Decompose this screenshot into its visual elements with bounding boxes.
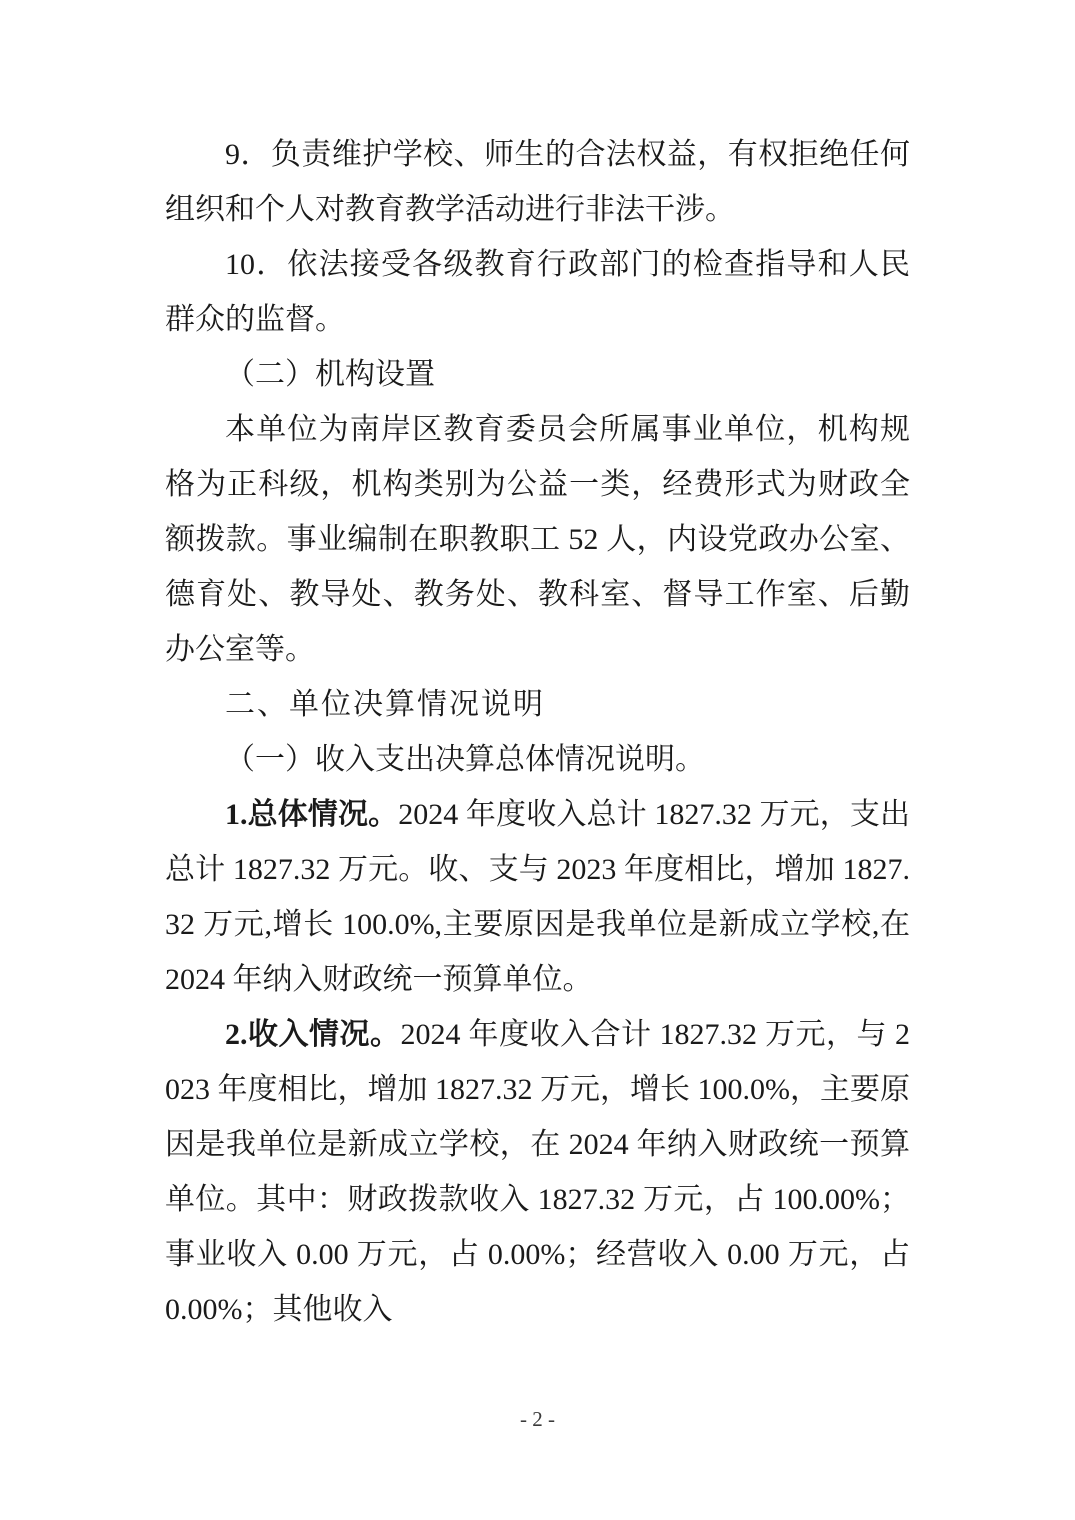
heading-org-setup: （二）机构设置 <box>165 347 910 402</box>
paragraph-income-text: 2024 年度收入合计 1827.32 万元，与 2023 年度相比，增加 18… <box>165 1018 910 1326</box>
paragraph-duty-10: 10．依法接受各级教育行政部门的检查指导和人民群众的监督。 <box>165 237 910 347</box>
heading-section-two: 二、单位决算情况说明 <box>165 677 910 732</box>
heading-sub-one: （一）收入支出决算总体情况说明。 <box>165 732 910 787</box>
paragraph-overall-lead: 1.总体情况。 <box>225 798 398 831</box>
paragraph-income: 2.收入情况。2024 年度收入合计 1827.32 万元，与 2023 年度相… <box>165 1007 910 1337</box>
page-number: - 2 - <box>0 1404 1075 1434</box>
document-page: 9．负责维护学校、师生的合法权益，有权拒绝任何组织和个人对教育教学活动进行非法干… <box>0 0 1075 1520</box>
paragraph-duty-9: 9．负责维护学校、师生的合法权益，有权拒绝任何组织和个人对教育教学活动进行非法干… <box>165 127 910 237</box>
document-body: 9．负责维护学校、师生的合法权益，有权拒绝任何组织和个人对教育教学活动进行非法干… <box>165 127 910 1337</box>
paragraph-org-setup: 本单位为南岸区教育委员会所属事业单位，机构规格为正科级，机构类别为公益一类，经费… <box>165 402 910 677</box>
paragraph-income-lead: 2.收入情况。 <box>225 1018 401 1051</box>
paragraph-overall: 1.总体情况。2024 年度收入总计 1827.32 万元，支出总计 1827.… <box>165 787 910 1007</box>
